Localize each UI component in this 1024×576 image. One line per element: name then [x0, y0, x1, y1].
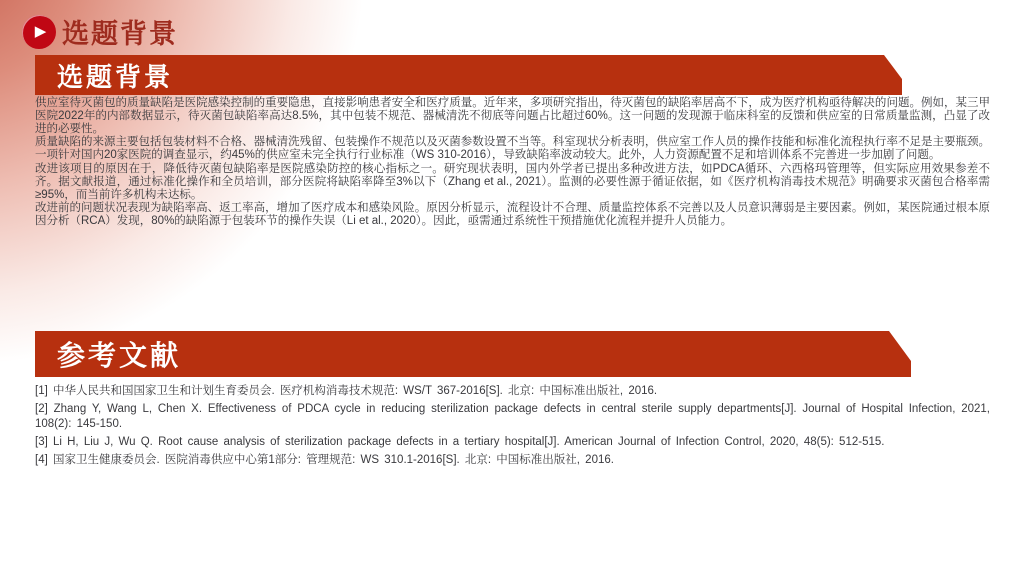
- reference-item: [2] Zhang Y, Wang L, Chen X. Effectivene…: [35, 402, 990, 432]
- section-banner-background: 选题背景: [35, 55, 902, 95]
- background-paragraph: 质量缺陷的来源主要包括包装材料不合格、器械清洗残留、包装操作不规范以及灭菌参数设…: [35, 136, 990, 162]
- page-title: 选题背景: [62, 12, 178, 51]
- section-title-background: 选题背景: [57, 57, 173, 94]
- slide-header: ▶ 选题背景: [22, 12, 178, 51]
- slide: ▶ 选题背景 选题背景 供应室待灭菌包的质量缺陷是医院感染控制的重要隐患，直接影…: [0, 0, 1024, 576]
- reference-item: [3] Li H, Liu J, Wu Q. Root cause analys…: [35, 435, 990, 450]
- play-icon: ▶: [22, 15, 56, 49]
- reference-item: [1] 中华人民共和国国家卫生和计划生育委员会. 医疗机构消毒技术规范: WS/…: [35, 384, 990, 399]
- background-paragraph: 改进前的问题状况表现为缺陷率高、返工率高，增加了医疗成本和感染风险。原因分析显示…: [35, 202, 990, 228]
- background-paragraph: 改进该项目的原因在于，降低待灭菌包缺陷率是医院感染防控的核心指标之一。研究现状表…: [35, 163, 990, 202]
- background-text-block: 供应室待灭菌包的质量缺陷是医院感染控制的重要隐患，直接影响患者安全和医疗质量。近…: [35, 97, 990, 228]
- section-title-references: 参考文献: [57, 334, 181, 374]
- references-list: [1] 中华人民共和国国家卫生和计划生育委员会. 医疗机构消毒技术规范: WS/…: [35, 384, 990, 471]
- reference-item: [4] 国家卫生健康委员会. 医院消毒供应中心第1部分: 管理规范: WS 31…: [35, 453, 990, 468]
- background-paragraph: 供应室待灭菌包的质量缺陷是医院感染控制的重要隐患，直接影响患者安全和医疗质量。近…: [35, 97, 990, 136]
- section-banner-references: 参考文献: [35, 331, 911, 377]
- play-triangle-glyph: ▶: [35, 24, 47, 39]
